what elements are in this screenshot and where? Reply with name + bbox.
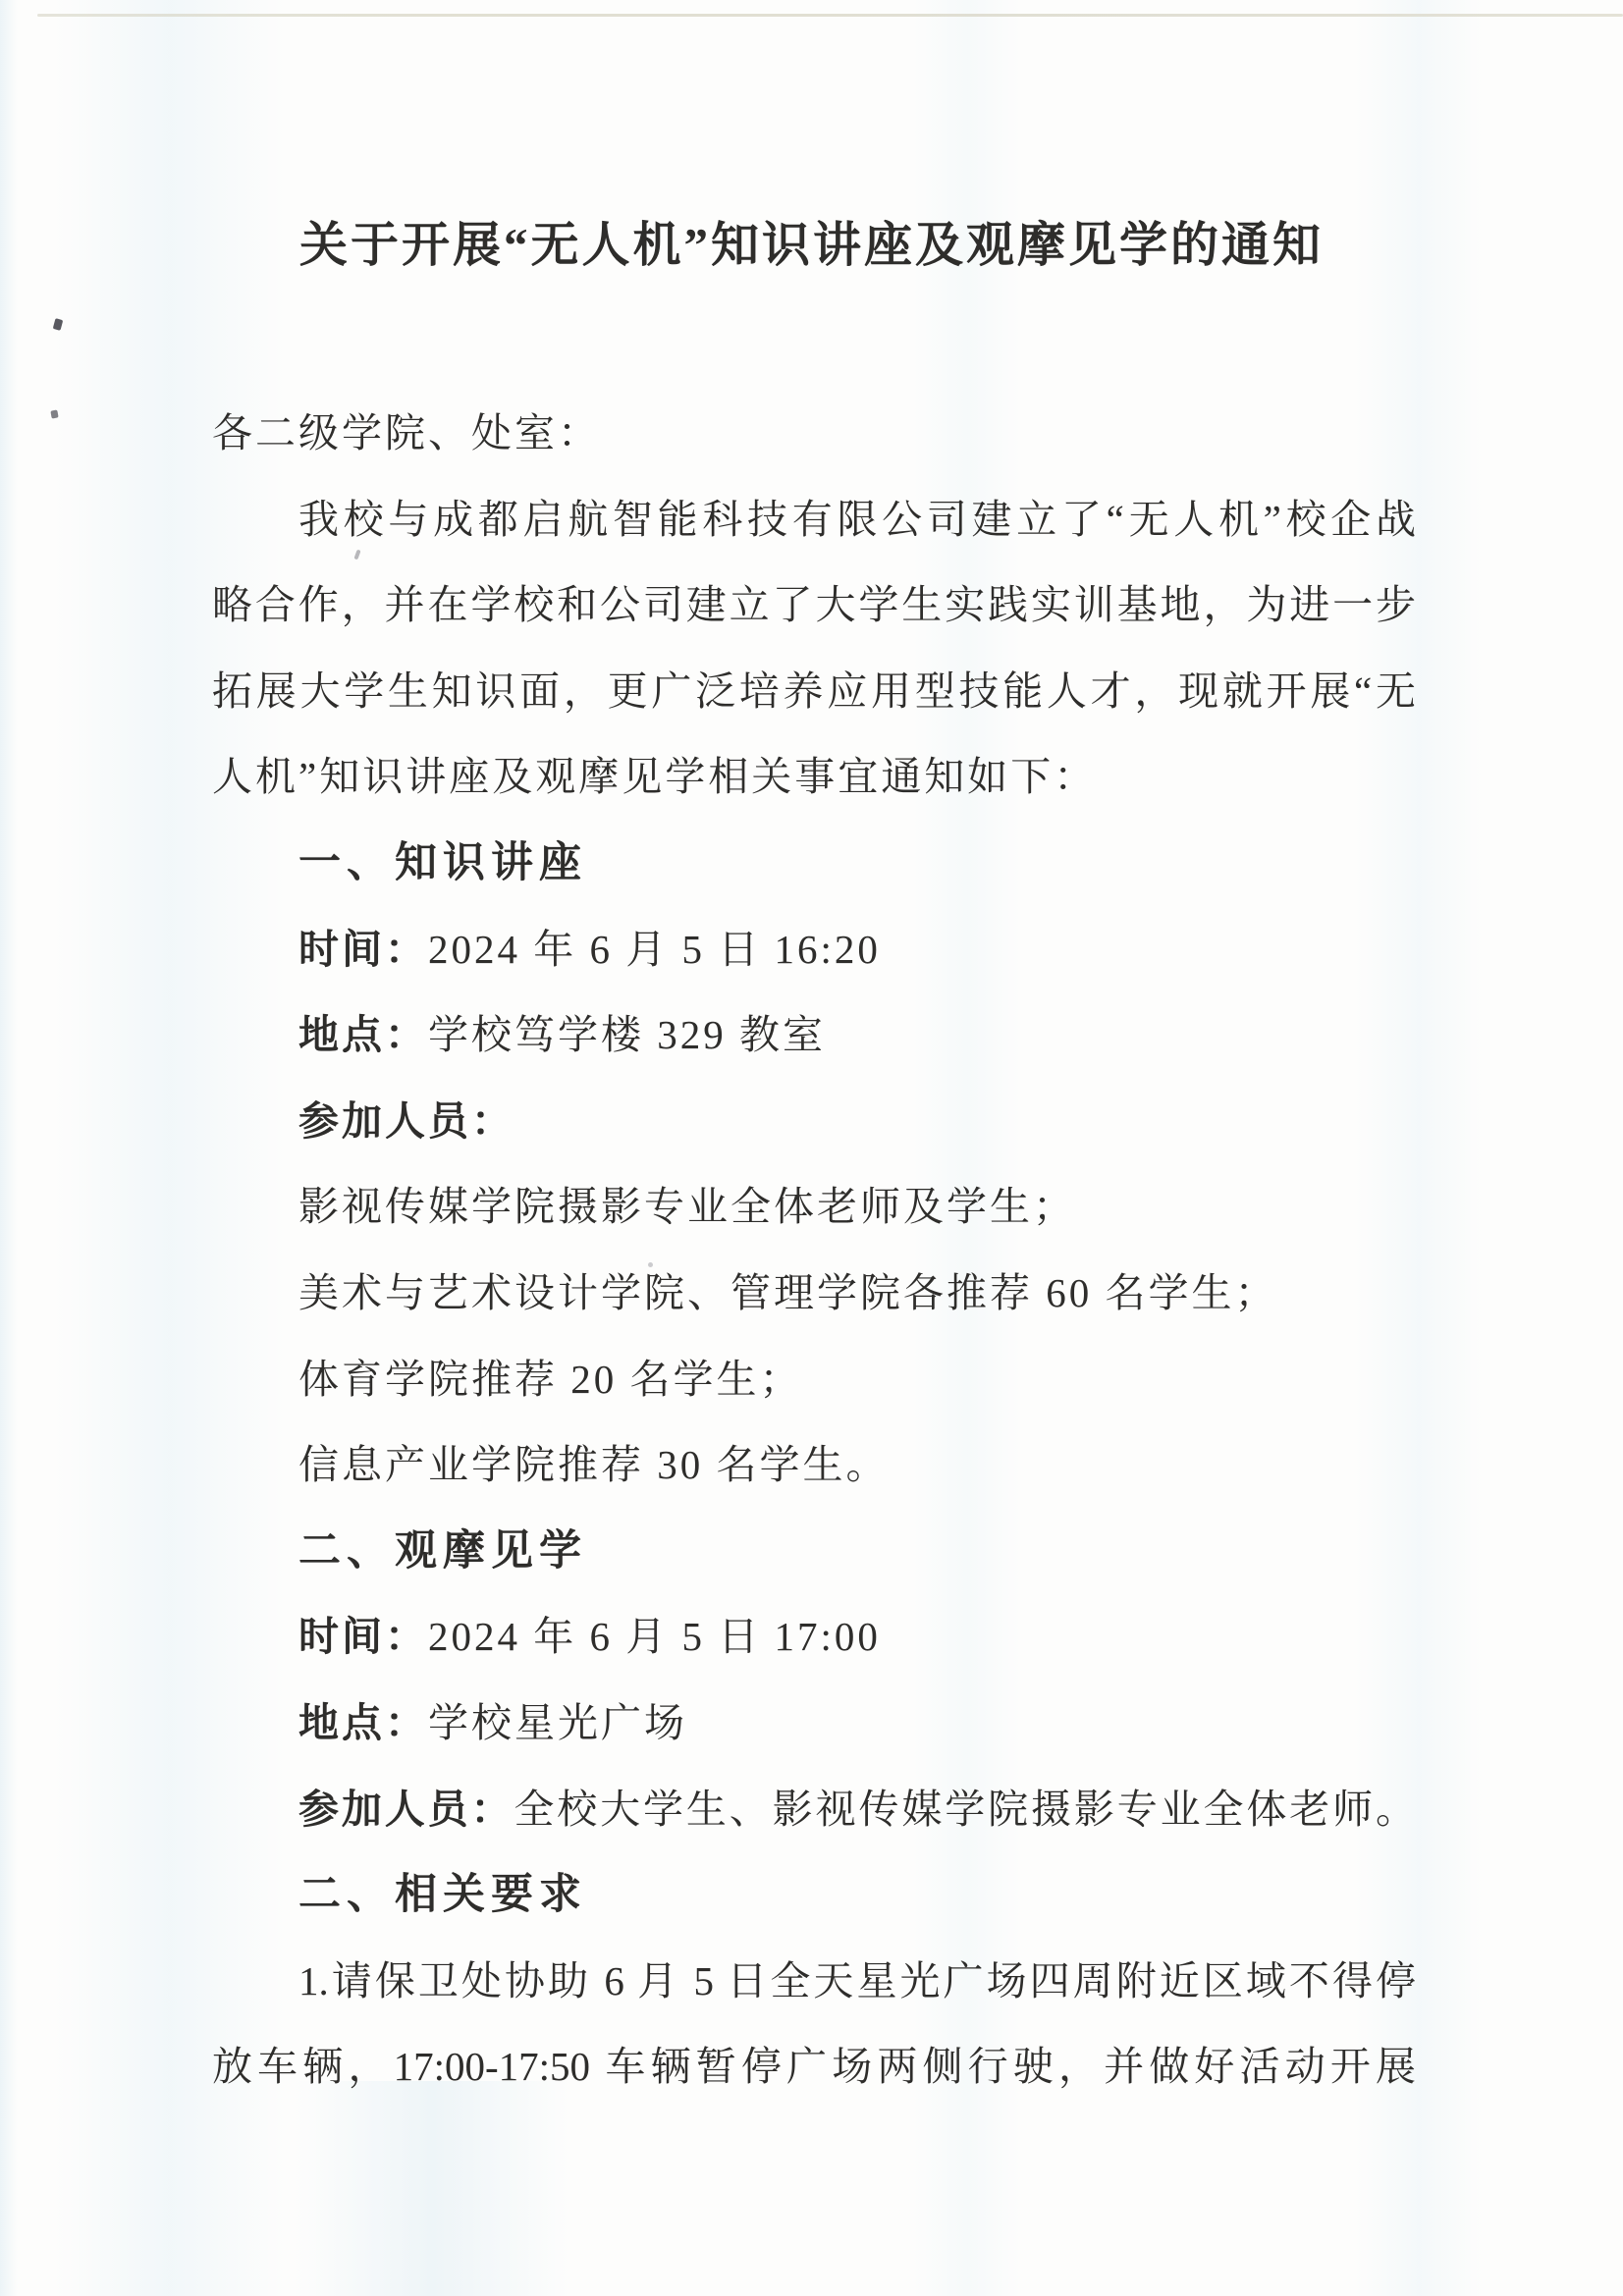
document-line: 时间：2024 年 6 月 5 日 17:00 <box>212 1594 1416 1681</box>
text-segment: 影视传媒学院摄影专业全体老师及学生； <box>298 1184 1076 1229</box>
text-segment: 各二级学院、处室： <box>212 410 601 455</box>
document-line: 各二级学院、处室： <box>212 391 1416 477</box>
bold-text-segment: 二、相关要求 <box>298 1871 587 1918</box>
document-title: 关于开展“无人机”知识讲座及观摩见学的通知 <box>0 211 1623 280</box>
document-line: 略合作，并在学校和公司建立了大学生实践实训基地，为进一步 <box>212 562 1416 649</box>
text-segment: 人机”知识讲座及观摩见学相关事宜通知如下： <box>212 754 1097 799</box>
scan-streak <box>295 2081 569 2296</box>
section-heading-line: 二、相关要求 <box>212 1852 1416 1939</box>
document-line: 影视传媒学院摄影专业全体老师及学生； <box>212 1164 1416 1251</box>
text-segment: 全校大学生、影视传媒学院摄影专业全体老师。 <box>514 1787 1416 1832</box>
text-segment: 美术与艺术设计学院、管理学院各推荐 60 名学生； <box>298 1270 1278 1315</box>
bold-text-segment: 二、观摩见学 <box>298 1527 587 1575</box>
text-segment: 略合作，并在学校和公司建立了大学生实践实训基地，为进一步 <box>212 582 1416 627</box>
document-line: 时间：2024 年 6 月 5 日 16:20 <box>212 907 1416 993</box>
document-line: 拓展大学生知识面，更广泛培养应用型技能人才，现就开展“无 <box>212 649 1416 735</box>
scanner-edge-band <box>0 0 18 2296</box>
document-line: 地点：学校笃学楼 329 教室 <box>212 992 1416 1079</box>
scanner-edge-line <box>37 14 1623 17</box>
document-line: 体育学院推荐 20 名学生； <box>212 1337 1416 1423</box>
bold-text-segment: 参加人员： <box>298 1787 514 1832</box>
section-heading-line: 一、知识讲座 <box>212 821 1416 907</box>
section-heading-line: 二、观摩见学 <box>212 1509 1416 1595</box>
scanned-notice-page: 关于开展“无人机”知识讲座及观摩见学的通知 各二级学院、处室：我校与成都启航智能… <box>0 0 1623 2296</box>
document-line: 参加人员： <box>212 1079 1416 1165</box>
text-segment: 学校星光广场 <box>428 1700 687 1745</box>
document-line: 地点：学校星光广场 <box>212 1681 1416 1767</box>
bold-text-segment: 时间： <box>298 1614 428 1659</box>
text-segment: 信息产业学院推荐 30 名学生。 <box>298 1442 890 1487</box>
text-segment: 放车辆，17:00-17:50 车辆暂停广场两侧行驶，并做好活动开展 <box>212 2044 1416 2089</box>
bold-text-segment: 地点： <box>298 1012 428 1057</box>
text-segment: 2024 年 6 月 5 日 17:00 <box>428 1614 881 1659</box>
text-segment: 体育学院推荐 20 名学生； <box>298 1357 803 1402</box>
text-segment: 我校与成都启航智能科技有限公司建立了“无人机”校企战 <box>298 497 1416 542</box>
document-line: 信息产业学院推荐 30 名学生。 <box>212 1422 1416 1509</box>
document-line: 放车辆，17:00-17:50 车辆暂停广场两侧行驶，并做好活动开展 <box>212 2024 1416 2110</box>
bold-text-segment: 时间： <box>298 927 428 972</box>
document-line: 美术与艺术设计学院、管理学院各推荐 60 名学生； <box>212 1251 1416 1337</box>
text-segment: 拓展大学生知识面，更广泛培养应用型技能人才，现就开展“无 <box>212 668 1416 714</box>
document-body: 各二级学院、处室：我校与成都启航智能科技有限公司建立了“无人机”校企战略合作，并… <box>212 391 1416 2110</box>
document-line: 我校与成都启航智能科技有限公司建立了“无人机”校企战 <box>212 477 1416 563</box>
scan-artifact-speck <box>53 318 64 331</box>
text-segment: 学校笃学楼 329 教室 <box>428 1012 826 1057</box>
bold-text-segment: 地点： <box>298 1700 428 1745</box>
text-segment: 2024 年 6 月 5 日 16:20 <box>428 927 881 972</box>
bold-text-segment: 一、知识讲座 <box>298 839 587 886</box>
bold-text-segment: 参加人员： <box>298 1098 514 1144</box>
scan-artifact-speck <box>50 409 58 418</box>
document-line: 人机”知识讲座及观摩见学相关事宜通知如下： <box>212 734 1416 821</box>
text-segment: 1.请保卫处协助 6 月 5 日全天星光广场四周附近区域不得停 <box>298 1958 1416 2003</box>
document-line: 1.请保卫处协助 6 月 5 日全天星光广场四周附近区域不得停 <box>212 1939 1416 2025</box>
document-line: 参加人员：全校大学生、影视传媒学院摄影专业全体老师。 <box>212 1767 1416 1853</box>
